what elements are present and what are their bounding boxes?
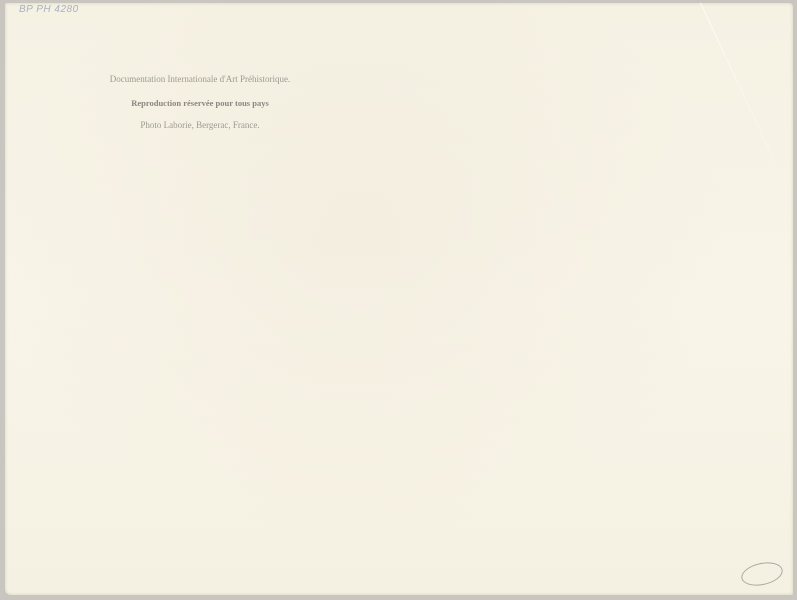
catalog-number: BP PH 4280 xyxy=(19,4,79,15)
caption-rights: Reproduction réservée pour tous pays xyxy=(80,98,320,108)
caption-photo-credit: Photo Laborie, Bergerac, France. xyxy=(80,120,320,130)
scan-background: BP PH 4280 Documentation Internationale … xyxy=(0,0,797,600)
paper-sheet xyxy=(5,3,793,595)
caption-institution: Documentation Internationale d'Art Préhi… xyxy=(80,74,320,84)
